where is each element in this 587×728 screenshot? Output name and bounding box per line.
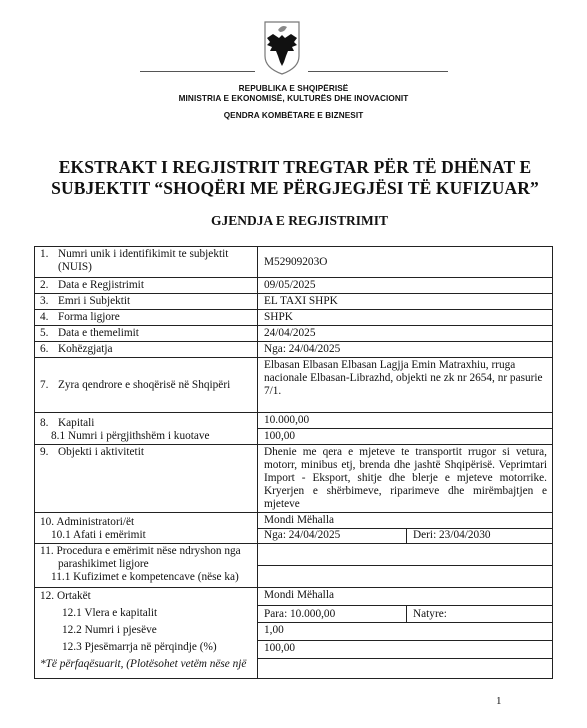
row-label-nuis: 1.Numri unik i identifikimit te subjekti… [35,247,258,278]
table-row: 2.Data e Regjistrimit 09/05/2025 [35,278,553,294]
partner-name: Mondi Mëhalla [258,588,552,606]
partners-note: *Të përfaqësuarit, (Plotësohet vetëm nës… [40,655,252,671]
table-row: 10. Administratori/ët 10.1 Afati i emëri… [35,513,553,544]
row-value-nuis: M52909203O [258,247,553,278]
participation-percent: 100,00 [258,641,552,659]
row-label-founding-date: 5.Data e themelimit [35,326,258,342]
capital-value: 10.000,00 [258,413,552,429]
row-label-duration: 6.Kohëzgjatja [35,342,258,358]
registration-table: 1.Numri unik i identifikimit te subjekti… [34,246,553,679]
row-label-competence-limits: 11.1 Kufizimet e kompetencave (nëse ka) [40,571,252,584]
ministry-name: MINISTRIA E EKONOMISË, KULTURËS DHE INOV… [0,94,587,103]
row-value-subject-name: EL TAXI SHPK [258,294,553,310]
row-value-registration-date: 09/05/2025 [258,278,553,294]
section-title: GJENDJA E REGJISTRIMIT [0,213,587,229]
row-value-activity: Dhenie me qera e mjeteve te transportit … [258,445,553,513]
republic-name: REPUBLIKA E SHQIPËRISË [0,84,587,93]
row-label-legal-form: 4.Forma ligjore [35,310,258,326]
row-value-legal-form: SHPK [258,310,553,326]
table-row: 11. Procedura e emërimit nëse ndryshon n… [35,544,553,588]
appointment-to: Deri: 23/04/2030 [407,528,497,543]
table-row: 1.Numri unik i identifikimit te subjekti… [35,247,553,278]
row-label-appointment-procedure: 11. Procedura e emërimit nëse ndryshon n… [35,544,258,588]
row-value-founding-date: 24/04/2025 [258,326,553,342]
row-value-capital: 10.000,00 100,00 [258,413,553,445]
table-row: 8.Kapitali 8.1 Numri i përgjithshëm i ku… [35,413,553,445]
table-row: 7.Zyra qendrore e shoqërisë në Shqipëri … [35,358,553,413]
row-label-partners: 12. Ortakët 12.1 Vlera e kapitalit 12.2 … [35,588,258,679]
center-name: QENDRA KOMBËTARE E BIZNESIT [0,111,587,120]
table-row: 3.Emri i Subjektit EL TAXI SHPK [35,294,553,310]
row-label-activity: 9.Objekti i aktivitetit [35,445,258,513]
row-value-head-office: Elbasan Elbasan Elbasan Lagjja Emin Matr… [258,358,553,413]
administrator-name: Mondi Mëhalla [258,513,552,529]
document-title: EKSTRAKT I REGJISTRIT TREGTAR PËR TË DHË… [40,157,550,199]
header-divider-left [140,71,255,72]
row-label-administrators: 10. Administratori/ët 10.1 Afati i emëri… [35,513,258,544]
document-title-line1: EKSTRAKT I REGJISTRIT TREGTAR PËR TË DHË… [40,157,550,178]
table-row: 6.Kohëzgjatja Nga: 24/04/2025 [35,342,553,358]
row-label-subject-name: 3.Emri i Subjektit [35,294,258,310]
table-row: 9.Objekti i aktivitetit Dhenie me qera e… [35,445,553,513]
table-row: 12. Ortakët 12.1 Vlera e kapitalit 12.2 … [35,588,553,679]
row-label-capital: 8.Kapitali 8.1 Numri i përgjithshëm i ku… [35,413,258,445]
competence-limits-value [258,566,552,587]
capital-value-money: Para: 10.000,00 [258,605,407,622]
row-value-appointment-procedure [258,544,553,588]
row-label-registration-date: 2.Data e Regjistrimit [35,278,258,294]
shares-count: 1,00 [258,623,552,641]
quotas-value: 100,00 [258,429,552,444]
albanian-coat-of-arms-icon [263,20,301,76]
row-label-quotas: 8.1 Numri i përgjithshëm i kuotave [40,430,252,443]
appointment-from: Nga: 24/04/2025 [258,528,407,543]
table-row: 5.Data e themelimit 24/04/2025 [35,326,553,342]
document-header: REPUBLIKA E SHQIPËRISË MINISTRIA E EKONO… [0,0,587,130]
row-value-partners: Mondi Mëhalla Para: 10.000,00 Natyre: 1,… [258,588,553,679]
represented-value [258,659,552,678]
row-value-duration: Nga: 24/04/2025 [258,342,553,358]
row-value-administrators: Mondi Mëhalla Nga: 24/04/2025 Deri: 23/0… [258,513,553,544]
row-label-appointment-term: 10.1 Afati i emërimit [40,529,252,542]
page-number: 1 [496,695,502,707]
capital-value-nature: Natyre: [407,605,453,622]
document-title-line2: SUBJEKTIT “SHOQËRI ME PËRGJEGJËSI TË KUF… [40,178,550,199]
header-divider-right [308,71,448,72]
table-row: 4.Forma ligjore SHPK [35,310,553,326]
row-label-head-office: 7.Zyra qendrore e shoqërisë në Shqipëri [35,358,258,413]
